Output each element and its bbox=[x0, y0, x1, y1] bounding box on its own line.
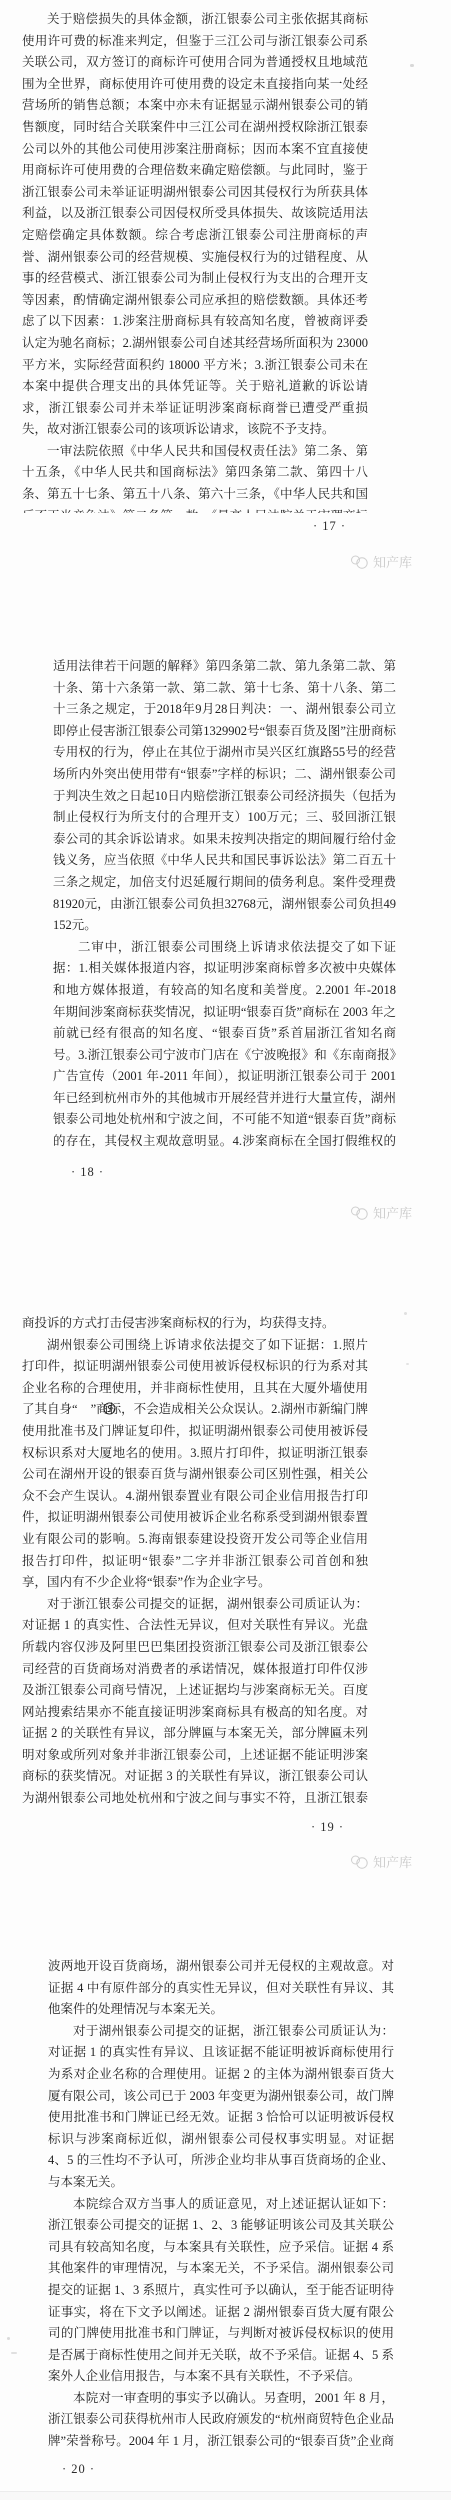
zhichanku-logo-icon bbox=[350, 1205, 370, 1221]
watermark-zhichanku: 知产库 bbox=[350, 552, 412, 571]
watermark-zhichanku: 知产库 bbox=[350, 1203, 412, 1222]
bottom-divider-bar bbox=[0, 2491, 451, 2500]
paragraph: 二审中，浙江银泰公司围绕上诉请求依法提交了如下证据：1.相关媒体报道内容，拟证明… bbox=[53, 937, 396, 1156]
scan-artifact bbox=[7, 2337, 10, 2340]
page-19-text-block: 商投诉的方式打击侵害涉案商标权的行为，均获得支持。 湖州银泰公司围绕上诉请求依法… bbox=[22, 1313, 368, 1810]
page-number-17: · 17 · bbox=[313, 519, 346, 534]
paragraph: 关于赔偿损失的具体金额，浙江银泰公司主张依据其商标使用许可费的标准来判定，但鉴于… bbox=[22, 9, 368, 441]
zhichanku-logo-icon bbox=[350, 1854, 370, 1870]
watermark-text: 知产库 bbox=[373, 552, 412, 571]
scan-artifact bbox=[404, 1312, 407, 1315]
paragraph-text: ”商标，不会造成相关公众误认。2.湖州市新编门牌使用批准书及门牌证复印件，拟证明… bbox=[22, 1402, 368, 1589]
scan-artifact bbox=[410, 64, 414, 67]
paragraph: 本院对一审查明的事实予以确认。另查明，2001 年 8 月，浙江银泰公司获得杭州… bbox=[48, 2388, 394, 2453]
watermark-text: 知产库 bbox=[373, 1852, 412, 1871]
zhichanku-logo-icon bbox=[350, 554, 370, 570]
paragraph: 适用法律若干问题的解释》第四条第二款、第九条第二款、第十条、第十六条第一款、第二… bbox=[53, 656, 396, 937]
paragraph: 一审法院依照《中华人民共和国侵权责任法》第二条、第十五条，《中华人民共和国商标法… bbox=[22, 441, 368, 513]
paragraph: 波两地开设百货商场，湖州银泰公司并无侵权的主观故意。对证据 4 中有原件部分的真… bbox=[48, 1956, 394, 2021]
paragraph: 商投诉的方式打击侵害涉案商标权的行为，均获得支持。 bbox=[22, 1313, 368, 1335]
watermark-text: 知产库 bbox=[373, 1203, 412, 1222]
page-17-text-block: 关于赔偿损失的具体金额，浙江银泰公司主张依据其商标使用许可费的标准来判定，但鉴于… bbox=[22, 9, 368, 513]
scan-artifact bbox=[11, 2352, 17, 2354]
scan-artifact bbox=[406, 1363, 409, 1365]
paragraph: 湖州银泰公司围绕上诉请求依法提交了如下证据：1.照片打印件，拟证明湖州银泰公司使… bbox=[22, 1335, 368, 1594]
yintai-circular-logo-icon bbox=[78, 1401, 91, 1414]
paragraph: 对于浙江银泰公司提交的证据，湖州银泰公司质证认为：对证据 1 的真实性、合法性无… bbox=[22, 1594, 368, 1810]
page-number-20: · 20 · bbox=[62, 2462, 95, 2477]
paragraph: 对于湖州银泰公司提交的证据，浙江银泰公司质证认为：对证据 1 的真实性有异议、且… bbox=[48, 2021, 394, 2194]
page-18-text-block: 适用法律若干问题的解释》第四条第二款、第九条第二款、第十条、第十六条第一款、第二… bbox=[53, 656, 396, 1156]
watermark-zhichanku: 知产库 bbox=[350, 1852, 412, 1871]
page-number-18: · 18 · bbox=[71, 1165, 104, 1180]
page-number-19: · 19 · bbox=[311, 1820, 344, 1835]
paragraph: 本院综合双方当事人的质证意见，对上述证据认证如下：浙江银泰公司提交的证据 1、2… bbox=[48, 2194, 394, 2388]
scanned-judgment-document: { "watermark": { "text": "知产库", "color":… bbox=[0, 0, 451, 2500]
page-20-text-block: 波两地开设百货商场，湖州银泰公司并无侵权的主观故意。对证据 4 中有原件部分的真… bbox=[48, 1956, 394, 2453]
